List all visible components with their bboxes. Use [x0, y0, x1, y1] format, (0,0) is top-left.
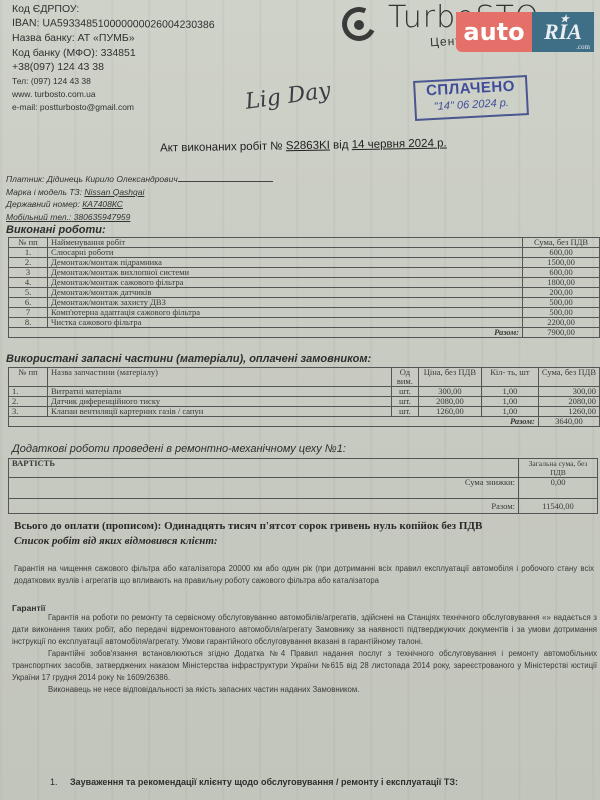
- payer-label: Платник:: [6, 174, 45, 184]
- plate-row: Державний номер: КА7408КС: [6, 198, 273, 211]
- works-row: 4.Демонтаж/монтаж сажового фільтра1800,0…: [9, 278, 600, 288]
- grand-total-label: Разом:: [9, 499, 519, 514]
- signature: Lig Day: [244, 78, 333, 115]
- plate-value: КА7408КС: [82, 199, 123, 209]
- parts-header-row: № пп Назва запчастини (матеріалу) Од вим…: [9, 368, 600, 387]
- vehicle-value: Nissan Qashqai: [84, 187, 144, 197]
- works-header-row: № пп Найменування робіт Сума, без ПДВ: [9, 238, 600, 248]
- website: www. turbosto.com.ua: [12, 88, 215, 101]
- works-row-name: Демонтаж/монтаж сажового фільтра: [48, 278, 523, 288]
- remarks: 1. Зауваження та рекомендації клієнту що…: [50, 777, 458, 787]
- title-prefix: Акт виконаних робіт №: [160, 140, 283, 154]
- works-col-name: Найменування робіт: [48, 238, 523, 248]
- logo-dot-icon: [354, 20, 364, 30]
- discount-label: Сума знижки:: [9, 478, 519, 499]
- warranty-text: Гарантія на роботи по ремонту та сервісн…: [12, 612, 597, 696]
- works-row-name: Слюсарні роботи: [48, 248, 523, 258]
- star-icon: ★: [560, 14, 569, 25]
- refused-heading: Список робіт від яких відмовився клієнт:: [14, 535, 218, 547]
- works-table: № пп Найменування робіт Сума, без ПДВ 1.…: [8, 237, 600, 338]
- parts-row-price: 1260,00: [418, 407, 481, 417]
- parts-row: 2.Датчик диференційного тискушт.2080,001…: [9, 397, 600, 407]
- parts-row: 1.Витратні матеріалишт.300,001,00300,00: [9, 387, 600, 397]
- phone-tel: Тел: (097) 124 43 38: [12, 75, 215, 88]
- paid-stamp: СПЛАЧЕНО "14" 06 2024 р.: [413, 75, 529, 121]
- works-total-row: Разом: 7900,00: [9, 328, 600, 338]
- works-row-name: Комп'ютерна адаптація сажового фільтра: [48, 308, 523, 318]
- iban: IBAN: UA593348510000000026004230386: [12, 15, 215, 32]
- parts-total-row: Разом: 3640,00: [9, 417, 600, 427]
- works-total: 7900,00: [523, 328, 600, 338]
- works-row-name: Чистка сажового фільтра: [48, 318, 523, 328]
- autoria-auto: auto: [456, 12, 532, 52]
- warranty-p2: Гарантійні зобов'язання встановлюються з…: [12, 648, 597, 684]
- parts-col-unit: Од вим.: [391, 368, 418, 387]
- parts-row-unit: шт.: [391, 387, 418, 397]
- payer-row: Платник: Дідинець Кирило Олександрович: [6, 173, 273, 186]
- works-row-no: 3: [9, 268, 48, 278]
- parts-row-qty: 1,00: [481, 387, 538, 397]
- bank-name: Назва банку: АТ «ПУМБ»: [12, 31, 215, 46]
- works-row: 6.Демонтаж/монтаж захисту ДВЗ500,00: [9, 298, 600, 308]
- grand-total-row: Разом: 11540,00: [9, 499, 598, 514]
- works-heading: Виконані роботи:: [6, 224, 273, 237]
- parts-row-qty: 1,00: [481, 397, 538, 407]
- vehicle-label: Марка і модель ТЗ:: [6, 187, 82, 197]
- works-row-no: 5.: [9, 288, 48, 298]
- parts-row-no: 2.: [9, 397, 48, 407]
- works-row-sum: 600,00: [523, 248, 600, 258]
- parts-col-sum: Сума, без ПДВ: [538, 368, 599, 387]
- parts-row-name: Витратні матеріали: [48, 387, 392, 397]
- additional-table: ВАРТІСТЬ Загальна сума, без ПДВ Сума зни…: [8, 458, 598, 514]
- parts-table: № пп Назва запчастини (матеріалу) Од вим…: [8, 367, 600, 427]
- warranty-p1: Гарантія на роботи по ремонту та сервісн…: [12, 612, 597, 648]
- works-row-sum: 1500,00: [523, 258, 600, 268]
- parts-row-sum: 1260,00: [538, 407, 599, 417]
- parts-row-unit: шт.: [391, 397, 418, 407]
- works-row-sum: 600,00: [523, 268, 600, 278]
- works-row-sum: 200,00: [523, 288, 600, 298]
- parts-row-name: Клапан вентиляції картерних газів / сапу…: [48, 407, 392, 417]
- works-row-sum: 500,00: [523, 298, 600, 308]
- bank-code: Код банку (МФО): 334851: [12, 46, 215, 61]
- document-title: Акт виконаних робіт № S2863KI від 14 чер…: [160, 137, 447, 154]
- phone-value: 380635947959: [74, 212, 131, 222]
- parts-total: 3640,00: [538, 417, 599, 427]
- works-row-name: Демонтаж/монтаж вихлопної системи: [48, 268, 523, 278]
- phone-label: Мобільний тел.:: [6, 212, 71, 222]
- works-row-no: 8.: [9, 318, 48, 328]
- works-row: 7Комп'ютерна адаптація сажового фільтра5…: [9, 308, 600, 318]
- additional-heading: Додаткові роботи проведені в ремонтно-ме…: [12, 443, 346, 455]
- phone-main: +38(097) 124 43 38: [12, 60, 215, 75]
- remarks-text: Зауваження та рекомендації клієнту щодо …: [70, 777, 458, 787]
- warranty-p3: Виконавець не несе відповідальності за я…: [12, 684, 597, 696]
- parts-row-price: 300,00: [418, 387, 481, 397]
- discount-value: 0,00: [519, 478, 598, 499]
- works-row: 1.Слюсарні роботи600,00: [9, 248, 600, 258]
- date-prefix: від: [333, 139, 349, 151]
- works-col-no: № пп: [9, 238, 48, 248]
- phone-row: Мобільний тел.: 380635947959: [6, 211, 273, 224]
- autoria-com: .com: [576, 43, 590, 51]
- parts-row-no: 3.: [9, 407, 48, 417]
- plate-label: Державний номер:: [6, 199, 80, 209]
- works-row-sum: 1800,00: [523, 278, 600, 288]
- parts-heading: Використані запасні частини (матеріали),…: [6, 353, 371, 365]
- parts-col-price: Ціна, без ПДВ: [418, 368, 481, 387]
- parts-row: 3.Клапан вентиляції картерних газів / са…: [9, 407, 600, 417]
- works-row-name: Демонтаж/монтаж підрамника: [48, 258, 523, 268]
- parts-col-no: № пп: [9, 368, 48, 387]
- additional-cost-label: ВАРТІСТЬ: [9, 459, 519, 478]
- works-row-sum: 500,00: [523, 308, 600, 318]
- payer-underline: [178, 181, 273, 182]
- autoria-watermark: auto ★ RIA .com: [456, 12, 594, 52]
- document-date: 14 червня 2024 р.: [352, 137, 447, 151]
- works-row-no: 2.: [9, 258, 48, 268]
- parts-col-qty: Кіл- ть, шт: [481, 368, 538, 387]
- autoria-ria: ★ RIA .com: [532, 12, 594, 52]
- payer-value: Дідинець Кирило Олександрович: [47, 174, 178, 184]
- email: e-mail: postturbosto@gmail.com: [12, 101, 215, 114]
- additional-total-col-label: Загальна сума, без ПДВ: [519, 459, 598, 478]
- parts-row-qty: 1,00: [481, 407, 538, 417]
- grand-total: 11540,00: [519, 499, 598, 514]
- parts-row-name: Датчик диференційного тиску: [48, 397, 392, 407]
- vehicle-row: Марка і модель ТЗ: Nissan Qashqai: [6, 186, 273, 199]
- works-total-label: Разом:: [9, 328, 523, 338]
- parts-row-sum: 300,00: [538, 387, 599, 397]
- works-row: 3Демонтаж/монтаж вихлопної системи600,00: [9, 268, 600, 278]
- works-row-name: Демонтаж/монтаж датчиків: [48, 288, 523, 298]
- parts-row-unit: шт.: [391, 407, 418, 417]
- parts-total-label: Разом:: [9, 417, 539, 427]
- total-in-words: Всього до оплати (прописом): Одинадцять …: [14, 520, 482, 532]
- works-row-no: 4.: [9, 278, 48, 288]
- edrpou-label: Код ЄДРПОУ:: [12, 2, 215, 17]
- parts-row-price: 2080,00: [418, 397, 481, 407]
- document-meta: Платник: Дідинець Кирило Олександрович М…: [6, 173, 273, 237]
- document-number: S2863KI: [286, 140, 330, 153]
- works-row: 8.Чистка сажового фільтра2200,00: [9, 318, 600, 328]
- works-col-sum: Сума, без ПДВ: [523, 238, 600, 248]
- works-row: 5.Демонтаж/монтаж датчиків200,00: [9, 288, 600, 298]
- works-row-no: 1.: [9, 248, 48, 258]
- discount-row: Сума знижки: 0,00: [9, 478, 598, 499]
- parts-col-name: Назва запчастини (матеріалу): [48, 368, 392, 387]
- parts-row-sum: 2080,00: [538, 397, 599, 407]
- remarks-number: 1.: [50, 777, 58, 787]
- company-contacts: Код ЄДРПОУ: IBAN: UA59334851000000002600…: [12, 2, 215, 114]
- works-row-no: 6.: [9, 298, 48, 308]
- filter-warranty: Гарантія на чищення сажового фільтра або…: [14, 563, 594, 587]
- works-row-sum: 2200,00: [523, 318, 600, 328]
- works-row-no: 7: [9, 308, 48, 318]
- additional-header-row: ВАРТІСТЬ Загальна сума, без ПДВ: [9, 459, 598, 478]
- works-row: 2.Демонтаж/монтаж підрамника1500,00: [9, 258, 600, 268]
- parts-row-no: 1.: [9, 387, 48, 397]
- works-row-name: Демонтаж/монтаж захисту ДВЗ: [48, 298, 523, 308]
